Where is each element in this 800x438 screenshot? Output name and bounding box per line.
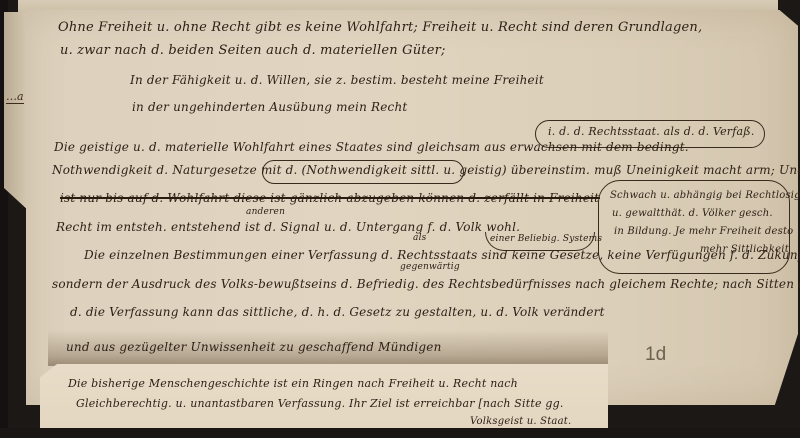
left-flap-text: …ati (6, 90, 24, 104)
manuscript-line-1: Ohne Freiheit u. ohne Recht gibt es kein… (58, 20, 702, 35)
insertion-below-line-9: gegenwärtig (400, 262, 460, 272)
manuscript-line-3: In der Fähigkeit u. d. Willen, sie z. be… (130, 73, 544, 87)
manuscript-line-4: in der ungehinderten Ausübung mein Recht (132, 100, 407, 114)
manuscript-line-6: Nothwendigkeit d. Naturgesetze mit d. (N… (52, 163, 800, 177)
margin-note-line-1: Schwach u. abhängig bei Rechtlosigkeit (610, 190, 800, 201)
slip-line-3: Volksgeist u. Staat. (470, 416, 571, 427)
margin-note-line-2: u. gewaltthät. d. Völker gesch. (612, 208, 773, 219)
insertion-above-line-9-b: einer Beliebig. Systems (490, 234, 602, 244)
manuscript-line-12: und aus gezügelter Unwissenheit zu gesch… (66, 340, 442, 354)
manuscript-line-2: u. zwar nach d. beiden Seiten auch d. ma… (60, 43, 446, 58)
insertion-above-line-9-a: als (413, 233, 426, 243)
manuscript-scan: …ati Ohne Freiheit u. ohne Recht gibt es… (0, 0, 800, 438)
slip-line-2: Gleichberechtig. u. unantastbaren Verfas… (76, 397, 564, 410)
slip-line-1: Die bisherige Menschengeschichte ist ein… (68, 377, 518, 390)
manuscript-line-7-struck: ist nur bis auf d. Wohlfahrt diese ist g… (60, 191, 600, 205)
scan-background-bottom (0, 428, 800, 438)
manuscript-line-5: Die geistige u. d. materielle Wohlfahrt … (54, 140, 689, 154)
manuscript-line-10: sondern der Ausdruck des Volks-bewußtsei… (52, 277, 800, 291)
manuscript-line-8: Recht im entsteh. entstehend ist d. Sign… (56, 220, 520, 234)
insertion-above-line-5: i. d. d. Rechtsstaat. als d. d. Verfaß. (548, 125, 755, 138)
margin-note-line-3: in Bildung. Je mehr Freiheit desto (614, 226, 793, 237)
insertion-above-line-8: anderen (246, 207, 285, 217)
page-mark: 1d (645, 344, 666, 366)
manuscript-line-11: d. die Verfassung kann das sittliche, d.… (70, 305, 605, 319)
manuscript-line-9: Die einzelnen Bestimmungen einer Verfass… (84, 248, 800, 262)
